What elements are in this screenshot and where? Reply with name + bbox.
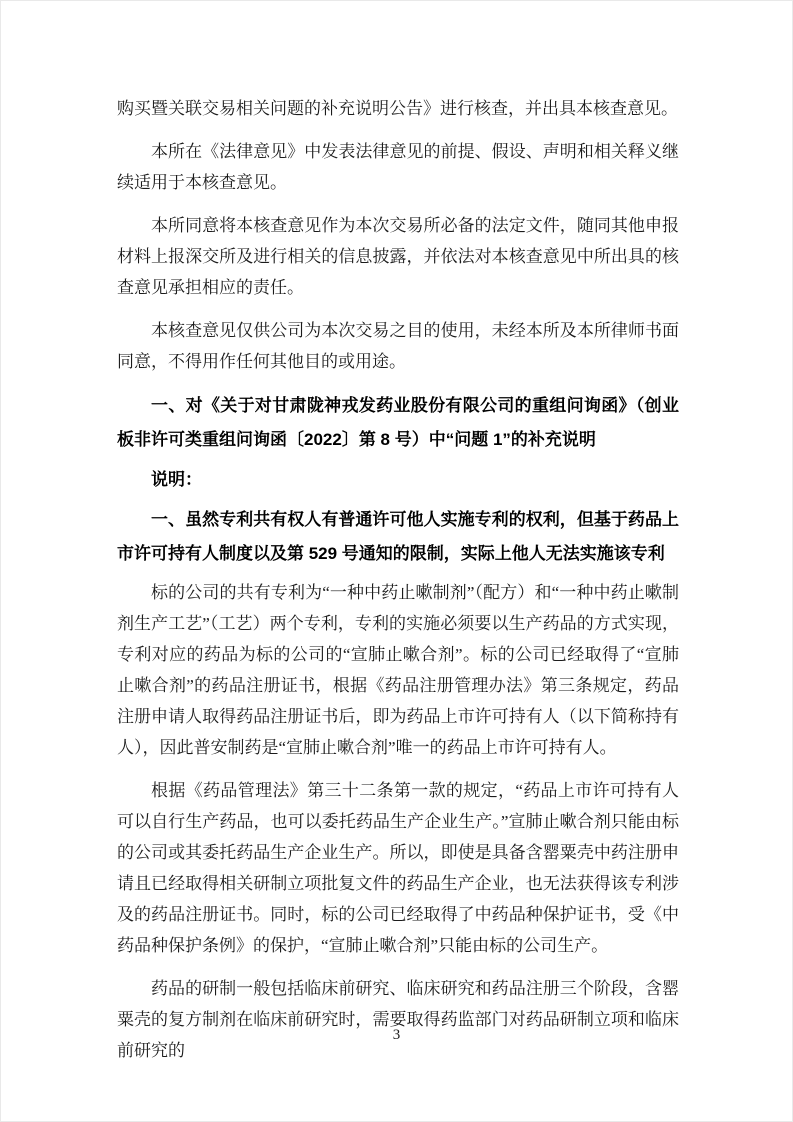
paragraph: 本所在《法律意见》中发表法律意见的前提、假设、声明和相关释义继续适用于本核查意见…	[117, 136, 679, 198]
paragraph: 根据《药品管理法》第三十二条第一款的规定，“药品上市许可持有人可以自行生产药品，…	[117, 775, 679, 961]
paragraph: 本所同意将本核查意见作为本次交易所必备的法定文件，随同其他申报材料上报深交所及进…	[117, 210, 679, 303]
paragraph-continued: 购买暨关联交易相关问题的补充说明公告》进行核查，并出具本核查意见。	[117, 93, 679, 124]
paragraph: 标的公司的共有专利为“一种中药止嗽制剂”（配方）和“一种中药止嗽制剂生产工艺”（…	[117, 577, 679, 763]
document-page: { "document": { "page_number": "3", "blo…	[0, 0, 793, 1122]
section-heading: 一、对《关于对甘肃陇神戎发药业股份有限公司的重组问询函》（创业板非许可类重组问询…	[117, 389, 679, 457]
paragraph: 本核查意见仅供公司为本次交易之目的使用，未经本所及本所律师书面同意，不得用作任何…	[117, 315, 679, 377]
text-block: 购买暨关联交易相关问题的补充说明公告》进行核查，并出具本核查意见。 本所在《法律…	[0, 0, 793, 1122]
subsection-label: 说明：	[117, 463, 679, 497]
subsection-heading: 一、虽然专利共有权人有普通许可他人实施专利的权利，但基于药品上市许可持有人制度以…	[117, 503, 679, 571]
paragraph: 药品的研制一般包括临床前研究、临床研究和药品注册三个阶段，含罂粟壳的复方制剂在临…	[117, 973, 679, 1066]
page-number: 3	[0, 1026, 793, 1044]
